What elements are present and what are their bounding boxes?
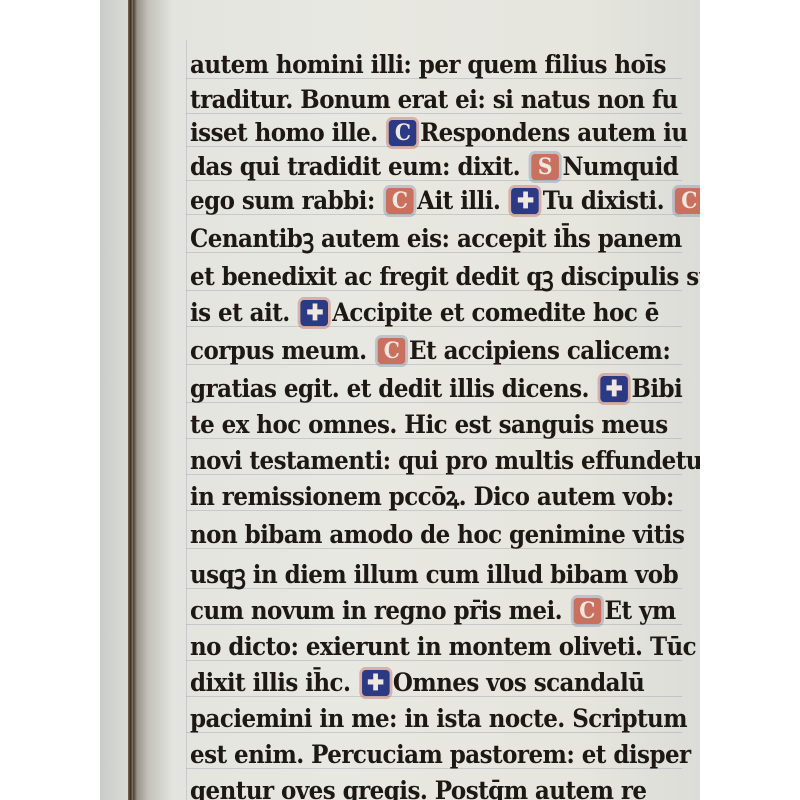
- manuscript-line: das qui tradidit eum: dixit. SNumquid: [190, 152, 678, 182]
- manuscript-text: Et ym: [605, 596, 676, 625]
- decorated-initial-icon: C: [386, 188, 414, 214]
- manuscript-text: Et accipiens calicem:: [409, 336, 670, 365]
- manuscript-text: est enim. Percuciam pastorem: et disper: [190, 740, 691, 769]
- manuscript-line: traditur. Bonum erat ei: si natus non fu: [190, 85, 678, 115]
- initial-glyph: ✚: [606, 376, 622, 402]
- manuscript-text: Ait illi.: [417, 186, 508, 215]
- manuscript-text: et benedixit ac fregit dedit qꝫ discipul…: [190, 262, 700, 291]
- manuscript-text: in remissionem pccōꝝ. Dico autem vob:: [190, 482, 674, 511]
- manuscript-text: dixit illis ih̄c.: [190, 668, 358, 697]
- manuscript-line: in remissionem pccōꝝ. Dico autem vob:: [190, 482, 674, 512]
- manuscript-line: te ex hoc omnes. Hic est sanguis meus: [190, 410, 668, 440]
- manuscript-photo: autem homini illi: per quem filius hoīst…: [100, 0, 700, 800]
- manuscript-text: Omnes vos scandalū: [393, 668, 644, 697]
- manuscript-line: Cenantibꝫ autem eis: accepit ih̄s panem: [190, 224, 682, 254]
- manuscript-line: dixit illis ih̄c. ✚Omnes vos scandalū: [190, 668, 644, 698]
- manuscript-text: no dicto: exierunt in montem oliveti. Tū…: [190, 632, 696, 661]
- manuscript-text: Numquid: [562, 152, 678, 181]
- manuscript-line: non bibam amodo de hoc genimine vitis: [190, 520, 684, 550]
- manuscript-text: is et ait.: [190, 298, 297, 327]
- manuscript-line: autem homini illi: per quem filius hoīs: [190, 50, 666, 80]
- manuscript-text: gentur oves gregis. Postq̄m autem re: [190, 776, 647, 800]
- decorated-initial-icon: S: [531, 154, 559, 180]
- initial-glyph: ✚: [517, 188, 533, 214]
- manuscript-text: gratias egit. et dedit illis dicens.: [190, 374, 596, 403]
- manuscript-text: cum novum in regno pr̄is mei.: [190, 596, 570, 625]
- manuscript-text: Bibi: [631, 374, 682, 403]
- manuscript-line: is et ait. ✚Accipite et comedite hoc ē: [190, 298, 659, 328]
- manuscript-text: Accipite et comedite hoc ē: [332, 298, 659, 327]
- manuscript-line: gratias egit. et dedit illis dicens. ✚Bi…: [190, 374, 682, 404]
- manuscript-text: non bibam amodo de hoc genimine vitis: [190, 520, 684, 549]
- initial-glyph: S: [538, 154, 552, 180]
- initial-glyph: C: [681, 188, 697, 214]
- cross-initial-icon: ✚: [600, 376, 628, 402]
- manuscript-text: Respondens autem iu: [420, 118, 687, 147]
- initial-glyph: ✚: [306, 300, 322, 326]
- manuscript-line: est enim. Percuciam pastorem: et disper: [190, 740, 691, 770]
- decorated-initial-icon: C: [389, 120, 417, 146]
- decorated-initial-icon: C: [573, 598, 601, 624]
- manuscript-line: isset homo ille. CRespondens autem iu: [190, 118, 688, 148]
- manuscript-text: autem homini illi: per quem filius hoīs: [190, 50, 666, 79]
- manuscript-line: ego sum rabbi: CAit illi. ✚Tu dixisti. C: [190, 186, 700, 216]
- manuscript-text: das qui tradidit eum: dixit.: [190, 152, 527, 181]
- manuscript-text: corpus meum.: [190, 336, 374, 365]
- initial-glyph: C: [384, 338, 400, 364]
- manuscript-text: isset homo ille.: [190, 118, 385, 147]
- margin-ruling: [186, 40, 187, 800]
- initial-glyph: C: [395, 120, 411, 146]
- manuscript-text: Tu dixisti.: [543, 186, 672, 215]
- manuscript-line: gentur oves gregis. Postq̄m autem re: [190, 776, 647, 800]
- initial-glyph: ✚: [367, 670, 383, 696]
- manuscript-line: corpus meum. CEt accipiens calicem:: [190, 336, 670, 366]
- manuscript-line: novi testamenti: qui pro multis effundet…: [190, 446, 700, 476]
- cross-initial-icon: ✚: [512, 188, 540, 214]
- manuscript-line: et benedixit ac fregit dedit qꝫ discipul…: [190, 262, 700, 292]
- initial-glyph: C: [579, 598, 595, 624]
- manuscript-text: paciemini in me: in ista nocte. Scriptum: [190, 704, 687, 733]
- manuscript-line: cum novum in regno pr̄is mei. CEt ym: [190, 596, 676, 626]
- manuscript-text: te ex hoc omnes. Hic est sanguis meus: [190, 410, 668, 439]
- manuscript-line: paciemini in me: in ista nocte. Scriptum: [190, 704, 687, 734]
- cross-initial-icon: ✚: [362, 670, 390, 696]
- decorated-initial-icon: C: [378, 338, 406, 364]
- manuscript-line: no dicto: exierunt in montem oliveti. Tū…: [190, 632, 696, 662]
- manuscript-text: usqꝫ in diem illum cum illud bibam vob: [190, 560, 678, 589]
- manuscript-text: traditur. Bonum erat ei: si natus non fu: [190, 85, 678, 114]
- cross-initial-icon: ✚: [301, 300, 329, 326]
- manuscript-text: novi testamenti: qui pro multis effundet…: [190, 446, 700, 475]
- decorated-initial-icon: C: [675, 188, 700, 214]
- gutter-shadow: [133, 0, 173, 800]
- initial-glyph: C: [392, 188, 408, 214]
- manuscript-text: Cenantibꝫ autem eis: accepit ih̄s panem: [190, 224, 682, 253]
- manuscript-text: ego sum rabbi:: [190, 186, 382, 215]
- manuscript-line: usqꝫ in diem illum cum illud bibam vob: [190, 560, 678, 590]
